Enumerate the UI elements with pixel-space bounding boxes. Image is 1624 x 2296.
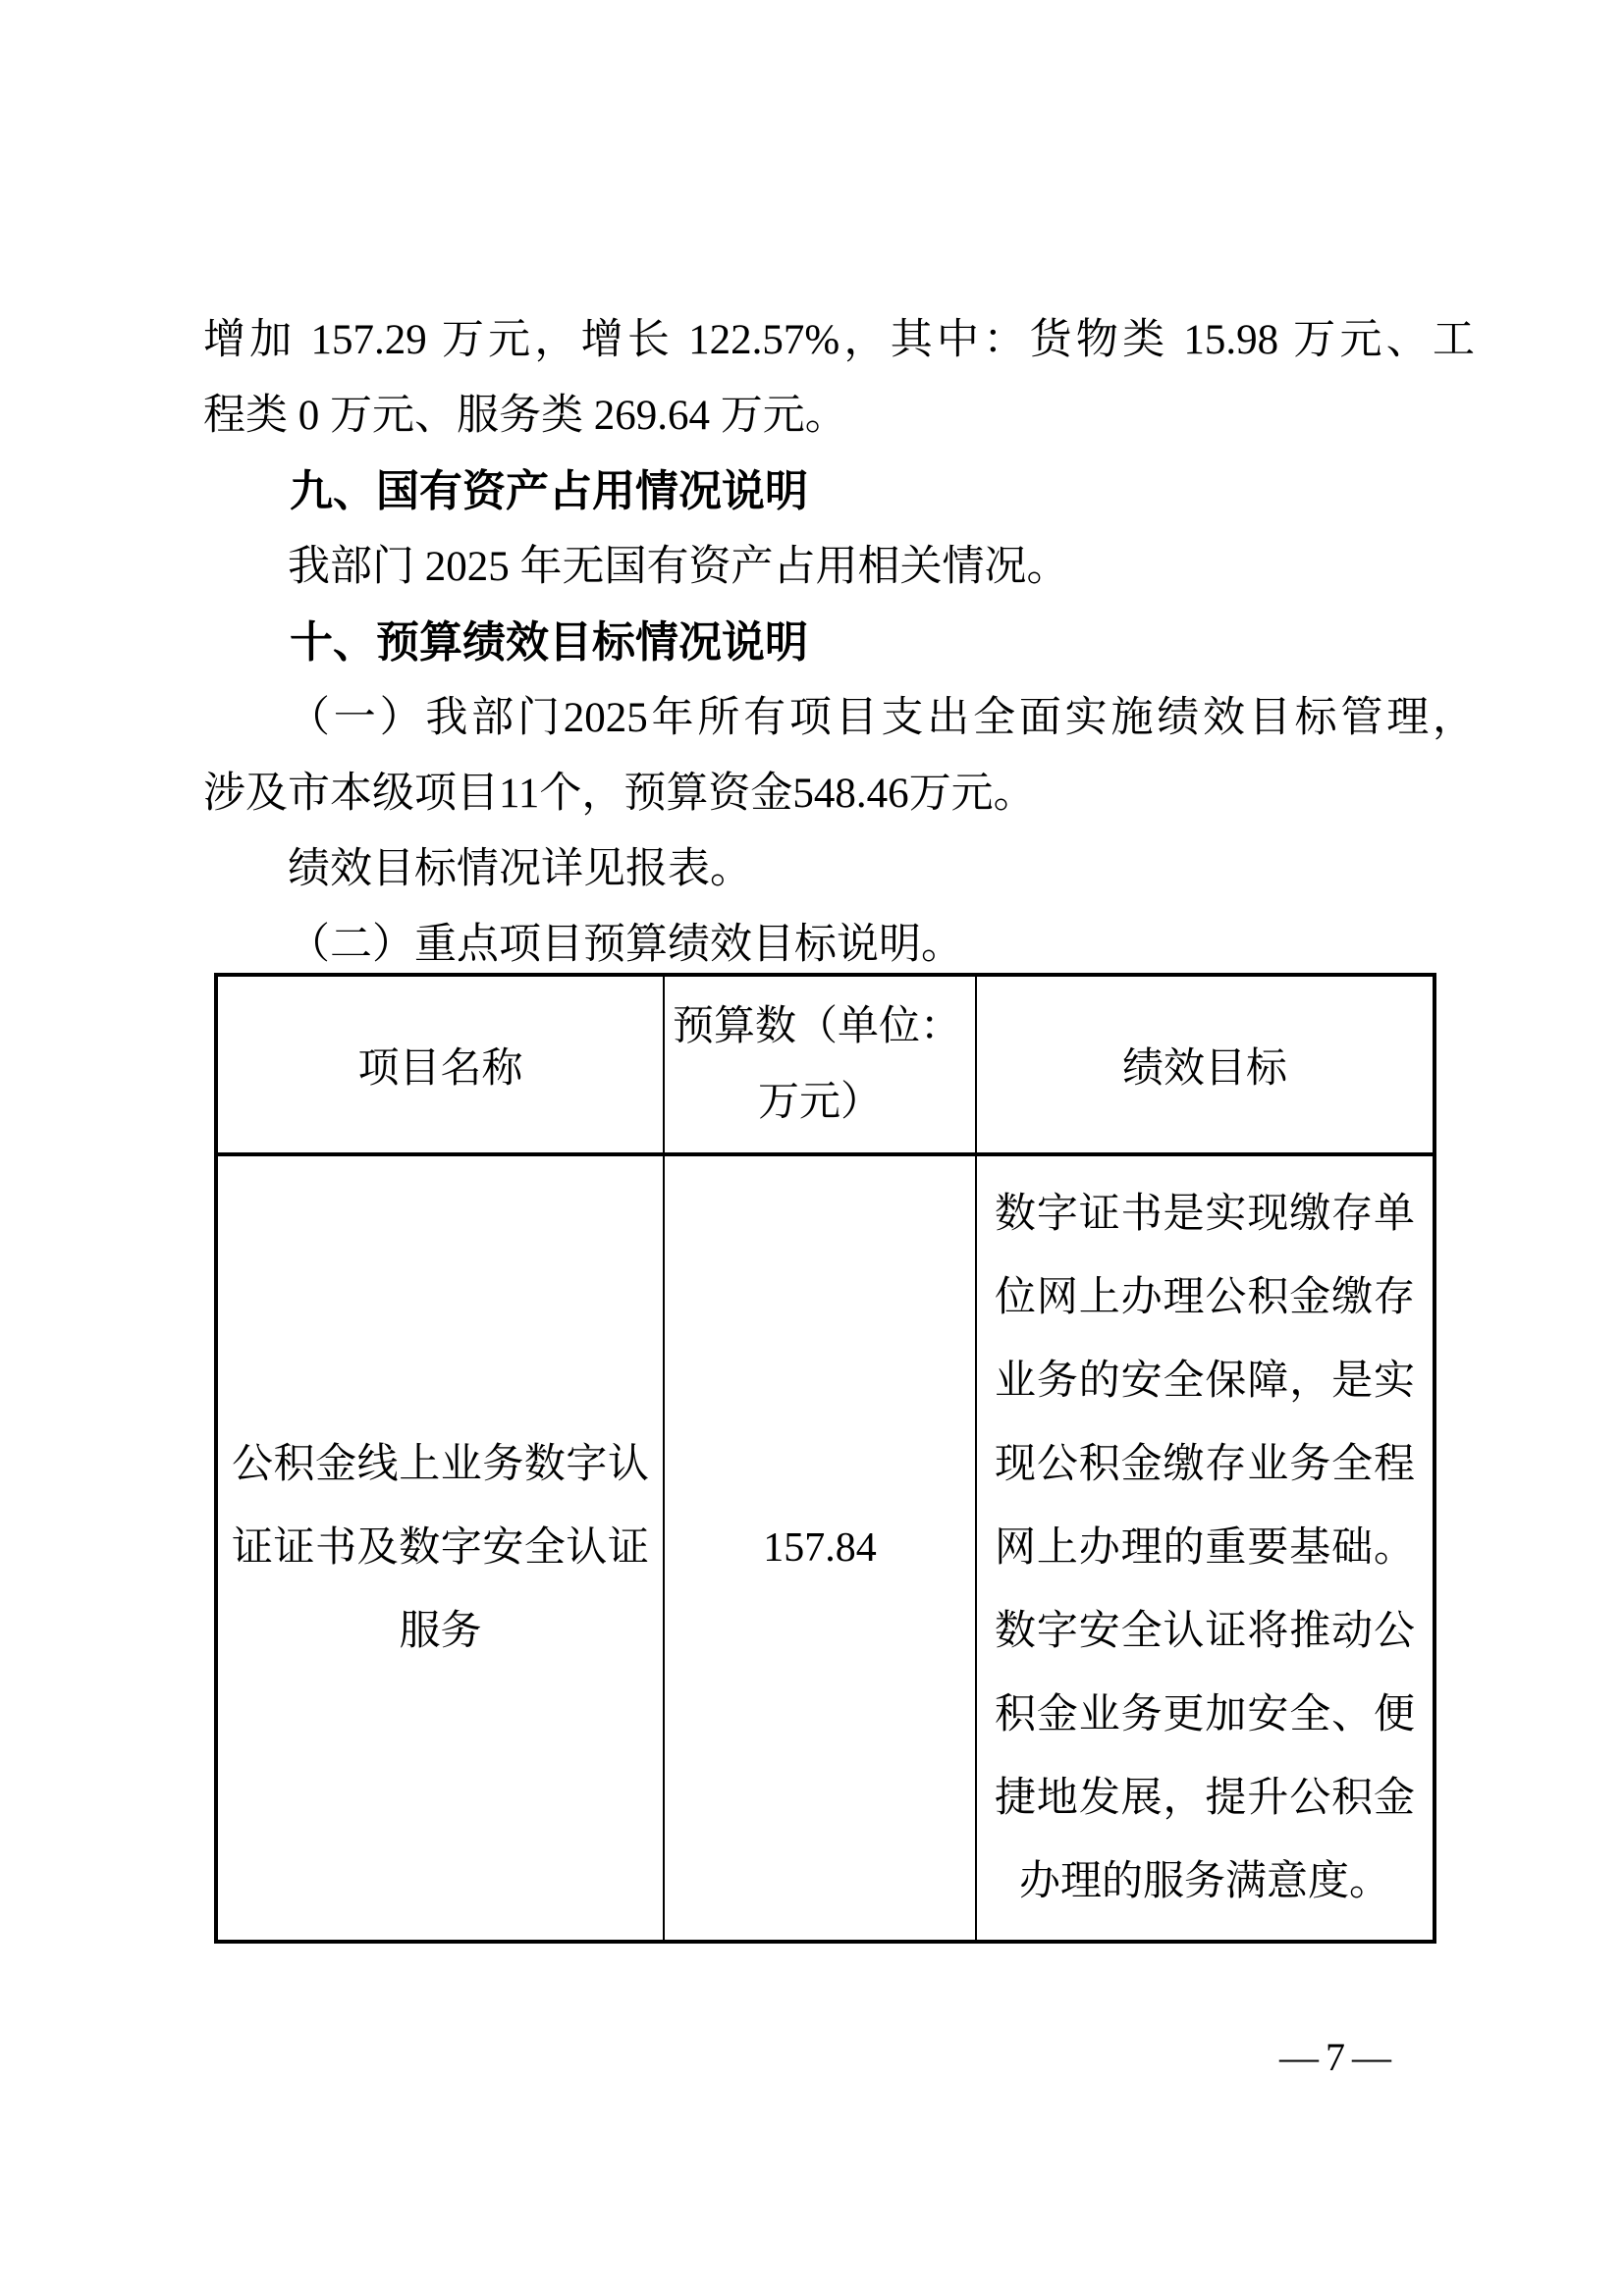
- goal-line: 捷地发展，提升公积金: [995, 1757, 1415, 1841]
- performance-goal-table: 项目名称 预算数（单位： 万元） 绩效目标 公积金线上业务数字认 证证书及数字安…: [214, 973, 1436, 1944]
- section-heading-10: 十、预算绩效目标情况说明: [203, 605, 1475, 680]
- budget-value: 157.84: [665, 1524, 975, 1572]
- header-label: 绩效目标: [977, 1036, 1433, 1095]
- table-header-row: 项目名称 预算数（单位： 万元） 绩效目标: [216, 975, 1435, 1154]
- page-number: —7—: [1279, 2034, 1398, 2080]
- section-heading-9: 九、国有资产占用情况说明: [203, 454, 1475, 529]
- goal-line: 现公积金缴存业务全程: [995, 1423, 1415, 1507]
- header-label: 预算数（单位：: [665, 989, 975, 1065]
- header-label: 项目名称: [218, 1036, 663, 1095]
- body-line: 绩效目标情况详见报表。: [203, 831, 1475, 907]
- cell-performance-goal: 数字证书是实现缴存单 位网上办理公积金缴存 业务的安全保障，是实 现公积金缴存业…: [976, 1154, 1435, 1942]
- goal-line: 办理的服务满意度。: [995, 1841, 1415, 1924]
- table-row: 公积金线上业务数字认 证证书及数字安全认证 服务 157.84 数字证书是实现缴…: [216, 1154, 1435, 1942]
- document-body: 增加 157.29 万元，增长 122.57%，其中：货物类 15.98 万元、…: [203, 0, 1475, 983]
- header-cell-project-name: 项目名称: [216, 975, 664, 1154]
- project-name-line: 服务: [232, 1590, 649, 1674]
- body-line: 涉及市本级项目11个，预算资金548.46万元。: [203, 756, 1475, 831]
- goal-line: 业务的安全保障，是实: [995, 1340, 1415, 1423]
- project-name-line: 公积金线上业务数字认: [232, 1423, 649, 1507]
- body-line: 我部门 2025 年无国有资产占用相关情况。: [203, 529, 1475, 605]
- body-line: 增加 157.29 万元，增长 122.57%，其中：货物类 15.98 万元、…: [203, 302, 1475, 378]
- goal-line: 数字安全认证将推动公: [995, 1590, 1415, 1674]
- body-line: （一）我部门2025年所有项目支出全面实施绩效目标管理，: [203, 680, 1475, 756]
- goal-line: 网上办理的重要基础。: [995, 1507, 1415, 1590]
- cell-project-name: 公积金线上业务数字认 证证书及数字安全认证 服务: [216, 1154, 664, 1942]
- header-cell-performance-goal: 绩效目标: [976, 975, 1435, 1154]
- cell-budget-value: 157.84: [664, 1154, 976, 1942]
- goal-line: 积金业务更加安全、便: [995, 1674, 1415, 1757]
- body-line: （二）重点项目预算绩效目标说明。: [203, 907, 1475, 983]
- header-label: 万元）: [665, 1065, 975, 1141]
- project-name-line: 证证书及数字安全认证: [232, 1507, 649, 1590]
- goal-line: 位网上办理公积金缴存: [995, 1256, 1415, 1340]
- goal-line: 数字证书是实现缴存单: [995, 1173, 1415, 1256]
- document-page: { "body": { "lines": [ "增加 157.29 万元，增长 …: [0, 0, 1624, 2296]
- header-cell-budget: 预算数（单位： 万元）: [664, 975, 976, 1154]
- body-line: 程类 0 万元、服务类 269.64 万元。: [203, 378, 1475, 454]
